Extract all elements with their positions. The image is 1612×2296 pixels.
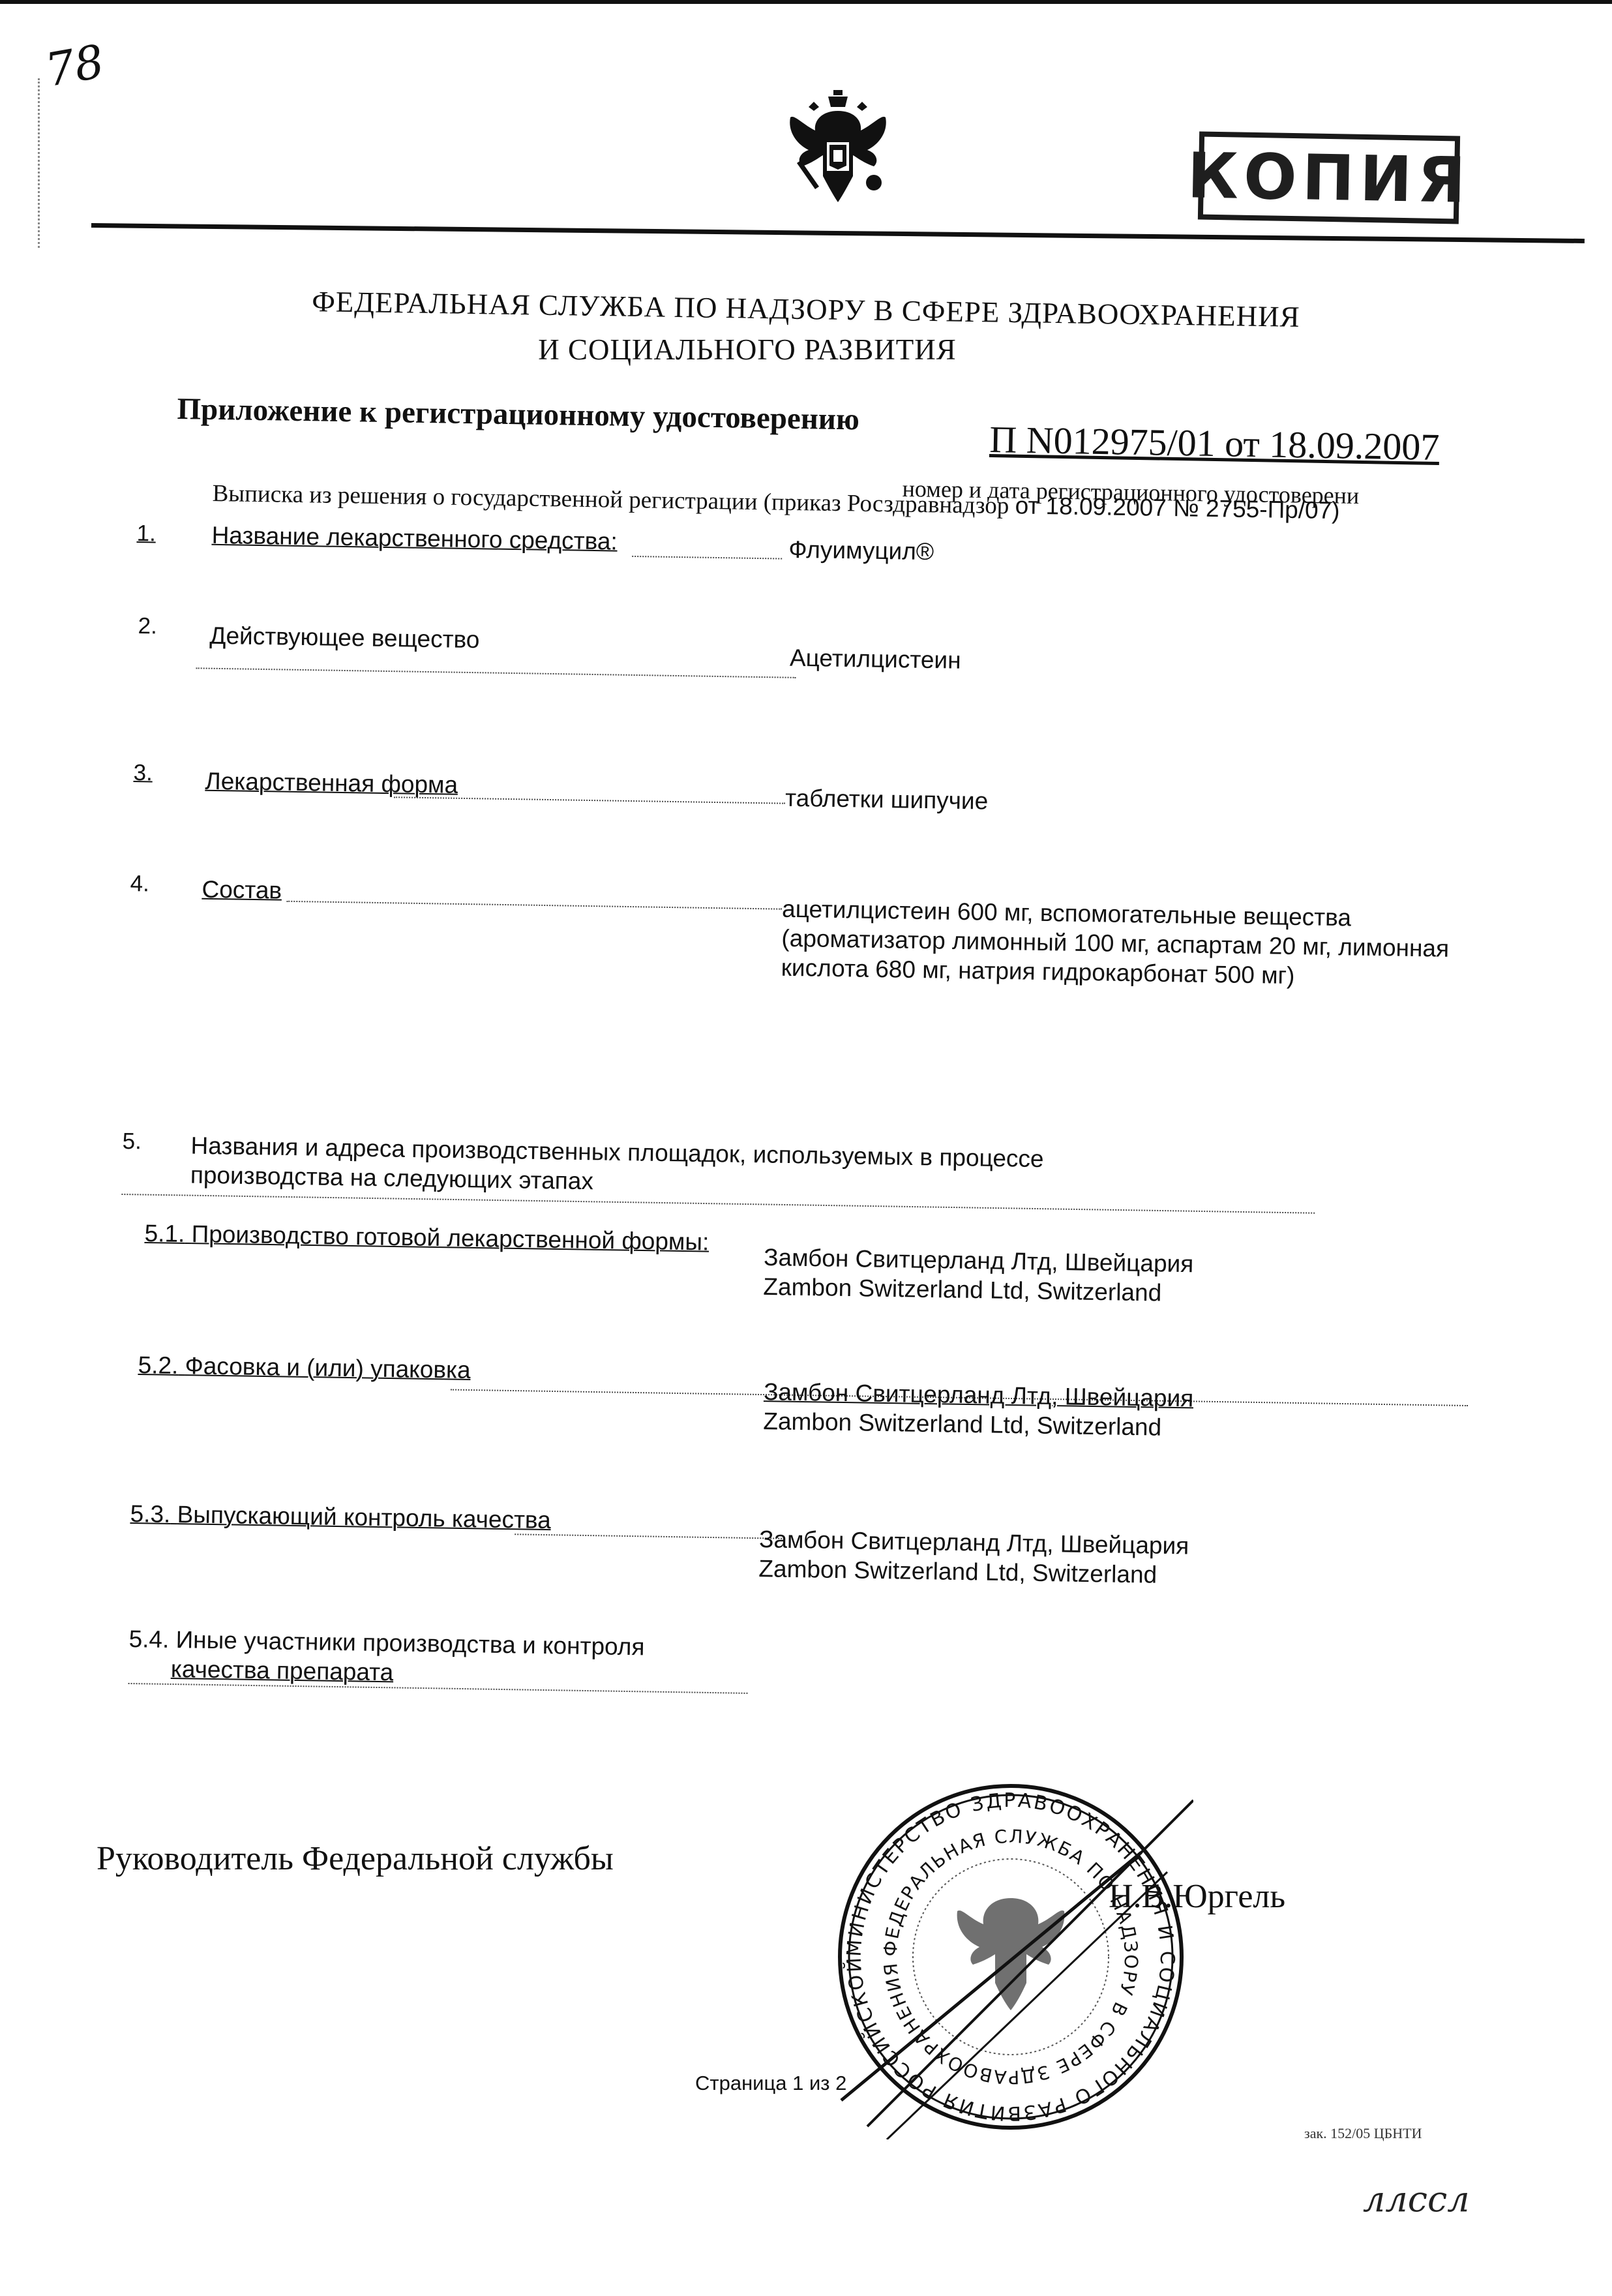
scan-top-edge <box>0 0 1612 4</box>
subitem-label: 5.4. Иные участники производства и контр… <box>128 1624 645 1691</box>
item-label: Состав <box>201 876 282 905</box>
item-number: 4. <box>130 871 149 897</box>
item-number: 2. <box>138 613 157 639</box>
document-page: 78 КОПИЯ ФЕДЕРАЛЬНАЯ СЛУЖБА ПО НАДЗОРУ В… <box>0 0 1612 2296</box>
packager: Замбон Свитцерланд Лтд, Швейцария Zambon… <box>763 1377 1193 1442</box>
print-order-code: зак. 152/05 ЦБНТИ <box>1304 2125 1422 2142</box>
quality-control-en: Zambon Switzerland Ltd, Switzerland <box>758 1554 1189 1590</box>
subitem-label: 5.3. Выпускающий контроль качества <box>130 1500 551 1534</box>
header-rule <box>91 223 1585 243</box>
item-number: 5. <box>122 1128 142 1155</box>
quality-control: Замбон Свитцерланд Лтд, Швейцария Zambon… <box>758 1524 1189 1590</box>
agency-name-line1: ФЕДЕРАЛЬНАЯ СЛУЖБА ПО НАДЗОРУ В СФЕРЕ ЗД… <box>0 280 1612 339</box>
composition: ацетилцистеин 600 мг, вспомогательные ве… <box>781 894 1450 993</box>
item-label: Название лекарственного средства: <box>211 522 618 556</box>
official-seal-icon: МИНИСТЕРСТВО ЗДРАВООХРАНЕНИЯ И СОЦИАЛЬНО… <box>828 1774 1193 2139</box>
item-label: Названия и адреса производственных площа… <box>190 1131 1044 1203</box>
item-number: 1. <box>136 521 156 547</box>
fill-line <box>515 1533 782 1539</box>
dosage-form: таблетки шипучие <box>785 783 989 816</box>
copy-stamp: КОПИЯ <box>1198 132 1460 224</box>
active-substance: Ацетилцистеин <box>790 643 961 675</box>
item-label: Действующее вещество <box>209 622 480 654</box>
fill-line <box>196 667 796 678</box>
manufacturer: Замбон Свитцерланд Лтд, Швейцария Zambon… <box>763 1243 1193 1308</box>
extract-text: Выписка из решения о государственной рег… <box>212 480 1009 519</box>
drug-name: Флуимуцил® <box>788 535 934 566</box>
agency-name-line2: И СОЦИАЛЬНОГО РАЗВИТИЯ <box>0 333 1553 367</box>
registration-number: П N012975/01 от 18.09.2007 <box>989 417 1440 469</box>
subitem-label: 5.1. Производство готовой лекарственной … <box>144 1220 709 1256</box>
item-number: 3. <box>133 760 153 786</box>
extract-order: от 18.09.2007 № 2755-Пр/07) <box>1015 492 1340 524</box>
packager-en: Zambon Switzerland Ltd, Switzerland <box>763 1406 1193 1442</box>
coat-of-arms-icon <box>783 85 893 209</box>
fill-line <box>394 796 785 804</box>
fill-line <box>632 556 782 560</box>
handwritten-page-number: 78 <box>42 35 108 97</box>
handwritten-initials: ллссл <box>1363 2179 1470 2220</box>
item-label: Лекарственная форма <box>205 768 458 799</box>
annex-title: Приложение к регистрационному удостовере… <box>177 391 859 437</box>
manufacturer-en: Zambon Switzerland Ltd, Switzerland <box>763 1272 1193 1308</box>
binding-holes <box>38 78 42 248</box>
subitem-label: 5.2. Фасовка и (или) упаковка <box>138 1352 471 1384</box>
page-number: Страница 1 из 2 <box>695 2072 846 2095</box>
signatory-position: Руководитель Федеральной службы <box>97 1839 614 1878</box>
fill-line <box>286 901 782 910</box>
